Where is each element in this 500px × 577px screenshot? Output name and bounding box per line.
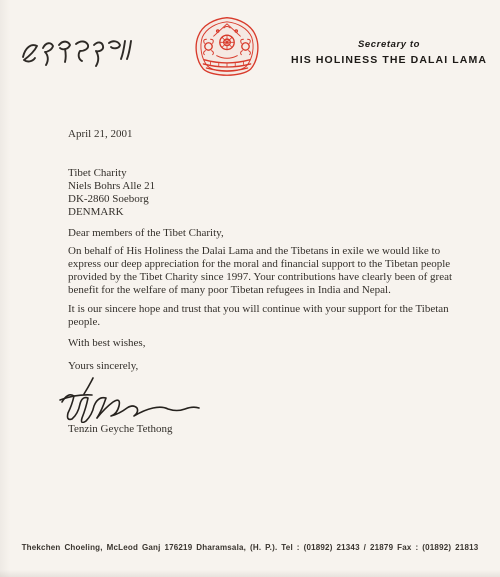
recipient-line: DENMARK [68, 206, 460, 219]
his-holiness-label: HIS HOLINESS THE DALAI LAMA [291, 54, 487, 66]
recipient-line: DK-2860 Soeborg [68, 193, 460, 206]
red-seal-emblem [190, 14, 264, 82]
recipient-address: Tibet Charity Niels Bohrs Alle 21 DK-286… [68, 167, 460, 219]
tibetan-script-calligraphy [16, 28, 134, 70]
secretary-to-label: Secretary to [291, 39, 487, 50]
signatory-name: Tenzin Geyche Tethong [68, 423, 460, 436]
letterhead-title: Secretary to HIS HOLINESS THE DALAI LAMA [291, 39, 487, 66]
body-paragraph: On behalf of His Holiness the Dalai Lama… [68, 245, 460, 297]
letter-date: April 21, 2001 [68, 128, 460, 141]
closing-wishes: With best wishes, [68, 337, 460, 350]
letter-page: Secretary to HIS HOLINESS THE DALAI LAMA… [0, 0, 500, 577]
body-paragraph: It is our sincere hope and trust that yo… [68, 303, 460, 329]
closing-sincerely: Yours sincerely, [68, 360, 460, 373]
footer-contact: Thekchen Choeling, McLeod Ganj 176219 Dh… [0, 543, 500, 552]
recipient-line: Tibet Charity [68, 167, 460, 180]
recipient-line: Niels Bohrs Alle 21 [68, 180, 460, 193]
handwritten-signature [58, 375, 216, 423]
letter-body: April 21, 2001 Tibet Charity Niels Bohrs… [68, 128, 460, 436]
salutation: Dear members of the Tibet Charity, [68, 227, 460, 240]
